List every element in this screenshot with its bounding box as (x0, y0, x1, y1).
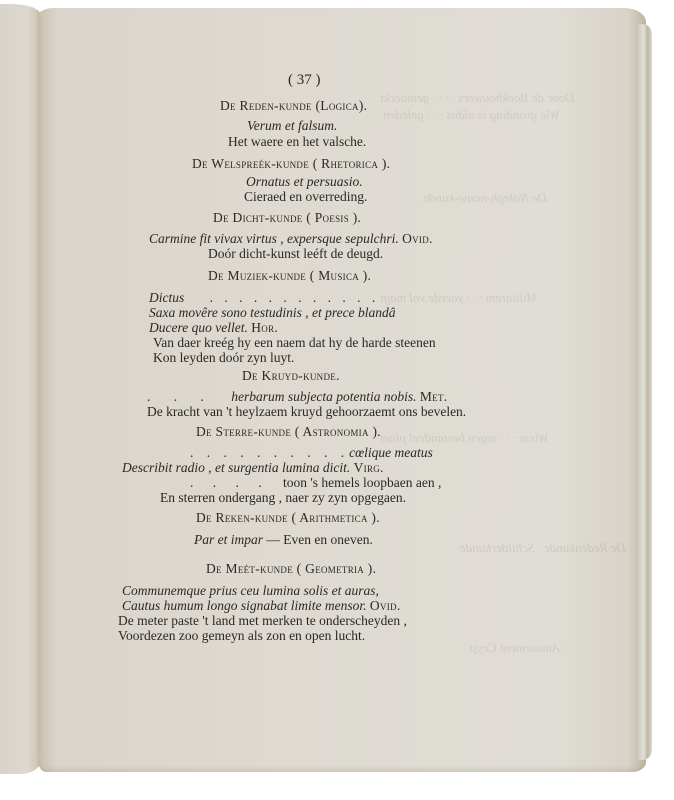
latin-quote: Carmine fit vivax virtus , expersque sep… (149, 231, 433, 247)
latin-motto: Par et impar (194, 532, 263, 547)
dutch-translation: En sterren ondergang , naer zy zyn opgeg… (160, 490, 406, 506)
dutch-translation: Even en oneven. (283, 532, 373, 547)
latin-motto: Ornatus et persuasio. (246, 174, 363, 190)
latin-verse: herbarum subjecta potentia nobis. (231, 389, 416, 404)
section-heading-arithmetica: De Reken-kunde ( Arithmetica ). (196, 510, 380, 526)
em-dash: — (266, 532, 280, 547)
source-attribution: Virg. (354, 460, 384, 475)
motto-line: Par et impar — Even en oneven. (194, 532, 373, 548)
dutch-translation: De meter paste 't land met merken te ond… (118, 613, 407, 629)
latin-verse-line: . . . . . . . . . .cœlique meatus (190, 445, 433, 461)
ellipsis-dots: . . . . . . . . . . . . (210, 290, 380, 305)
latin-verse: Cautus humum longo signabat limite menso… (122, 598, 367, 613)
latin-verse-line: Dictus . . . . . . . . . . . . (149, 290, 379, 306)
ellipsis-dots: . . . (147, 389, 214, 404)
ellipsis-dots: . . . . (190, 475, 270, 490)
latin-verse: Saxa movêre sono testudinis , et prece b… (149, 305, 395, 321)
source-attribution: Met. (420, 389, 448, 404)
page-content: ( 37 ) De Reden-kunde (Logica). Verum et… (0, 0, 674, 800)
latin-verse-line: . . . herbarum subjecta potentia nobis. … (147, 389, 447, 405)
dutch-translation: Doór dicht-kunst leéft de deugd. (208, 246, 383, 262)
source-attribution: Ovid. (402, 231, 433, 246)
dutch-translation: toon 's hemels loopbaen aen , (283, 475, 441, 490)
dutch-translation: Het waere en het valsche. (228, 134, 366, 150)
section-heading-poesis: De Dicht-kunde ( Poesis ). (213, 210, 361, 226)
latin-verse: Dictus (149, 290, 184, 305)
dutch-translation: Kon leyden doór zyn luyt. (153, 350, 294, 366)
dutch-translation-line: . . . . toon 's hemels loopbaen aen , (190, 475, 441, 491)
ellipsis-dots: . . . . . . . . . . (190, 445, 349, 460)
latin-verse-line: Cautus humum longo signabat limite menso… (122, 598, 401, 614)
section-heading-logica: De Reden-kunde (Logica). (220, 98, 367, 114)
section-heading-geometria: De Meét-kunde ( Geometria ). (206, 561, 376, 577)
section-heading-musica: De Muziek-kunde ( Musica ). (208, 268, 371, 284)
latin-verse-line: Describit radio , et surgentia lumina di… (122, 460, 384, 476)
latin-verse: Carmine fit vivax virtus , expersque sep… (149, 231, 399, 246)
source-attribution: Hor. (251, 320, 278, 335)
dutch-translation: De kracht van 't heylzaem kruyd gehoorza… (147, 404, 466, 420)
section-heading-rhetorica: De Welspreék-kunde ( Rhetorica ). (192, 156, 390, 172)
dutch-translation: Van daer kreég hy een naem dat hy de har… (153, 335, 436, 351)
latin-verse: cœlique meatus (349, 445, 433, 460)
section-heading-kruydkunde: De Kruyd-kunde. (242, 368, 340, 384)
latin-verse: Ducere quo vellet. (149, 320, 248, 335)
dutch-translation: Cieraed en overreding. (244, 189, 367, 205)
latin-verse: Communemque prius ceu lumina solis et au… (122, 583, 379, 599)
latin-verse: Describit radio , et surgentia lumina di… (122, 460, 350, 475)
section-heading-astronomia: De Sterre-kunde ( Astronomia ). (196, 424, 381, 440)
latin-motto: Verum et falsum. (247, 118, 337, 134)
page-number: ( 37 ) (288, 72, 321, 88)
source-attribution: Ovid. (370, 598, 401, 613)
latin-verse-line: Ducere quo vellet. Hor. (149, 320, 278, 336)
dutch-translation: Voordezen zoo gemeyn als zon en open luc… (118, 628, 365, 644)
